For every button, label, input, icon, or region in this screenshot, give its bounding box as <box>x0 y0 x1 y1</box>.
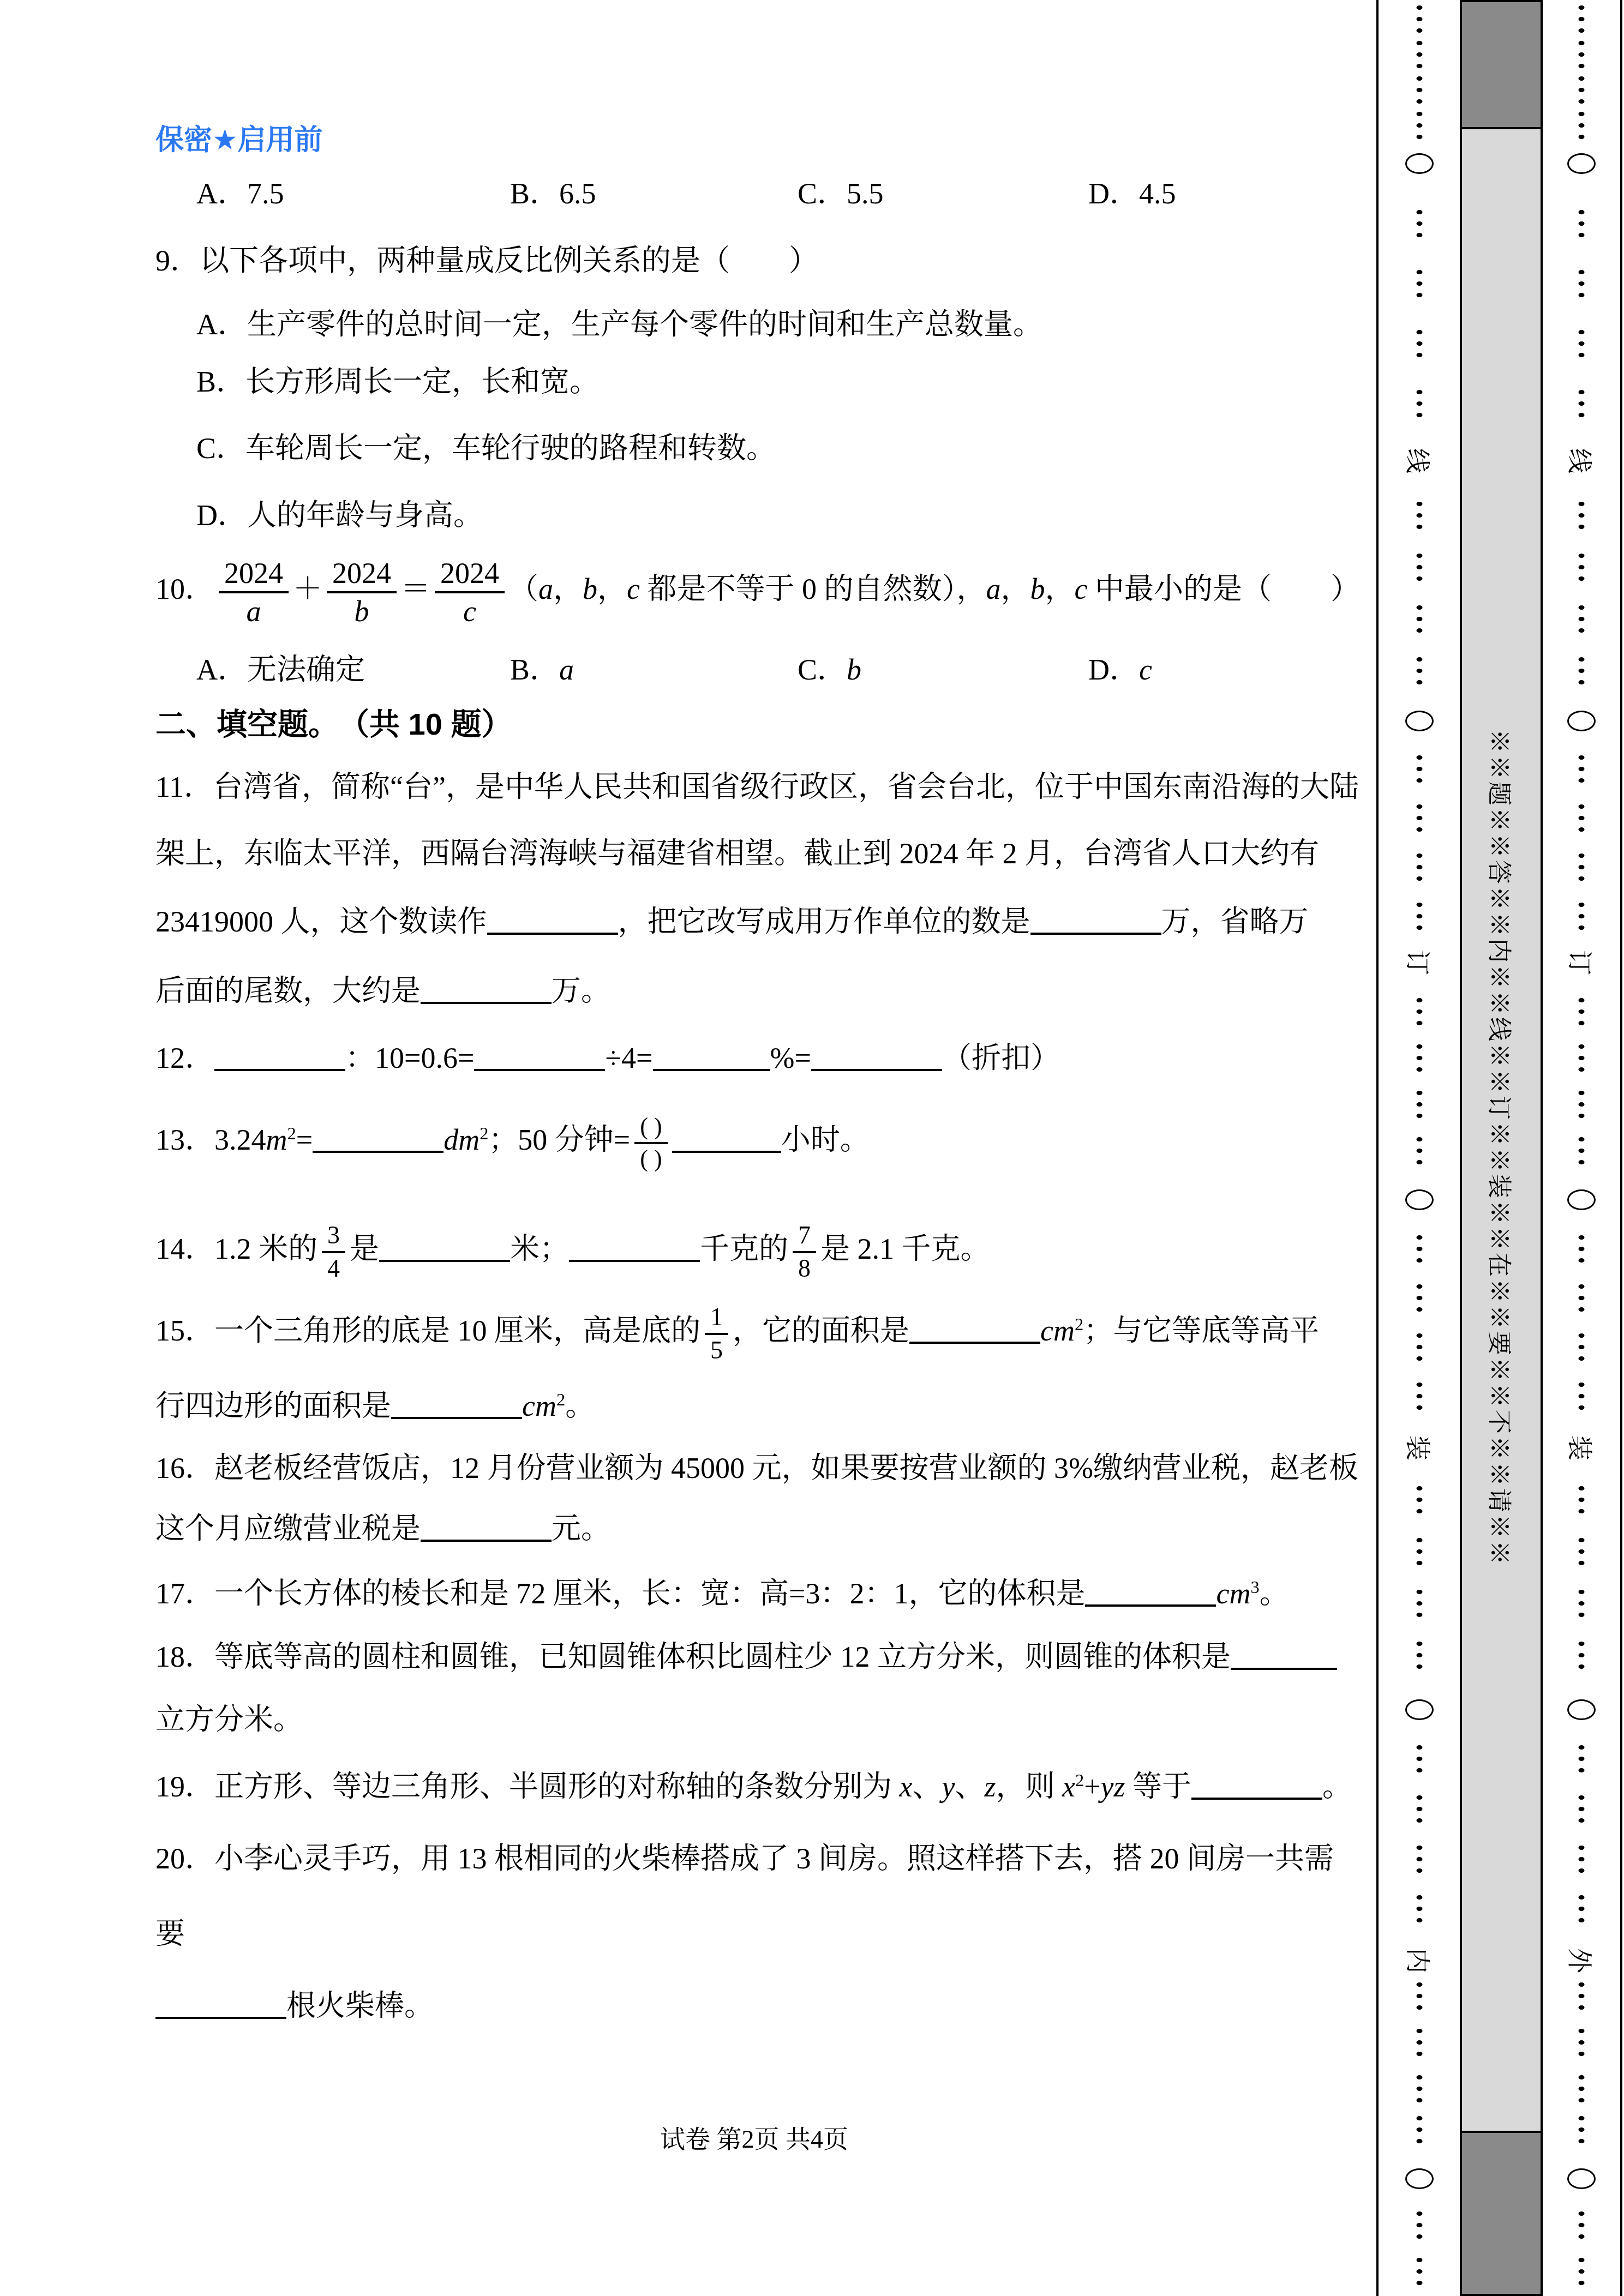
dotted-line-segment <box>1416 76 1422 104</box>
choice-9-c: C．车轮周长一定，车轮行驶的路程和转数。 <box>196 426 776 470</box>
punch-hole-circle <box>1405 1189 1434 1210</box>
dotted-line-segment <box>1416 1590 1422 1617</box>
question-16-line2: 这个月应缴营业税是元。 <box>155 1507 610 1550</box>
dotted-line-segment <box>1416 605 1422 633</box>
answer-blank <box>155 2017 286 2019</box>
binding-strip: ※※题※※答※※内※※线※※订※※装※※在※※要※※不※※请※※ <box>1460 0 1543 2296</box>
answer-blank <box>1231 1668 1337 1670</box>
dotted-line-segment <box>1416 2211 1422 2239</box>
dotted-line-segment <box>1579 76 1585 104</box>
choice-8-c: C．5.5 <box>798 172 884 215</box>
question-12: 12．：10=0.6=÷4=%=（折扣） <box>155 1036 1060 1080</box>
dotted-line-segment <box>1416 1091 1422 1118</box>
dotted-line-segment <box>1416 755 1422 783</box>
dotted-line-segment <box>1579 390 1585 417</box>
dotted-line-segment <box>1416 1044 1422 1072</box>
dotted-line-segment <box>1579 1538 1585 1565</box>
answer-blank <box>811 1069 942 1071</box>
dotted-line-segment <box>1579 998 1585 1025</box>
dotted-line-segment <box>1416 998 1422 1025</box>
dotted-line-segment <box>1579 1284 1585 1312</box>
fraction: ( )( ) <box>634 1112 667 1174</box>
answer-blank <box>653 1069 770 1071</box>
dotted-line-segment <box>1416 1333 1422 1361</box>
dotted-line-segment <box>1579 112 1585 139</box>
section-2-title: 二、填空题。 （共 10 题） <box>155 702 512 746</box>
dotted-line-segment <box>1579 2211 1585 2239</box>
question-18-line2: 立方分米。 <box>155 1698 303 1741</box>
dotted-line-segment <box>1416 554 1422 581</box>
dotted-line-segment <box>1416 390 1422 417</box>
dotted-line-segment <box>1579 1745 1585 1772</box>
punch-hole-circle <box>1567 1189 1596 1210</box>
question-20-line1: 20．小李心灵手巧，用 13 根相同的火柴棒搭成了 3 间房。照这样搭下去，搭 … <box>155 1837 1334 1880</box>
binding-label: 装 <box>1563 1435 1599 1460</box>
secrecy-notice: 保密★启用前 <box>155 121 323 159</box>
question-20-line3: 根火柴棒。 <box>155 1984 434 2028</box>
choice-9-b: B．长方形周长一定，长和宽。 <box>196 360 599 404</box>
dotted-line-segment <box>1579 1091 1585 1118</box>
question-11-line4: 后面的尾数，大约是万。 <box>155 969 610 1013</box>
dotted-line-segment <box>1579 657 1585 684</box>
dotted-line-segment <box>1579 2075 1585 2102</box>
dotted-line-segment <box>1416 2258 1422 2285</box>
answer-blank <box>909 1342 1040 1344</box>
choice-10-d: D．c <box>1088 648 1152 692</box>
punch-hole-circle <box>1405 711 1434 731</box>
dotted-line-segment <box>1416 1745 1422 1772</box>
exam-paper-page: 保密★启用前 A．7.5B．6.5C．5.5D．4.59．以下各项中，两种量成反… <box>0 0 1624 2296</box>
choice-8-d: D．4.5 <box>1088 172 1176 215</box>
dotted-line-segment <box>1579 1137 1585 1164</box>
dotted-line-segment <box>1579 804 1585 832</box>
binding-strip-warning-text: ※※题※※答※※内※※线※※订※※装※※在※※要※※不※※请※※ <box>1484 729 1519 1567</box>
answer-blank <box>474 1069 605 1071</box>
dotted-line-segment <box>1579 1982 1585 2010</box>
question-15-line1: 15．一个三角形的底是 10 厘米，高是底的15，它的面积是cm2；与它等底等高… <box>155 1268 1319 1393</box>
dotted-line-segment <box>1416 1538 1422 1565</box>
binding-label: 线 <box>1401 448 1437 473</box>
binding-strip-dark-top <box>1460 0 1543 129</box>
binding-column-right: 线订装外 <box>1541 0 1622 2296</box>
dotted-line-segment <box>1416 854 1422 881</box>
fraction: 2024b <box>327 555 397 629</box>
dotted-line-segment <box>1579 1642 1585 1669</box>
dotted-line-segment <box>1416 903 1422 930</box>
dotted-line-segment <box>1579 1235 1585 1263</box>
fraction: 15 <box>705 1302 728 1366</box>
question-11-line2: 架上，东临太平洋，西隔台湾海峡与福建省相望。截止到 2024 年 2 月，台湾省… <box>155 832 1319 875</box>
choice-8-b: B．6.5 <box>510 172 596 215</box>
dotted-line-segment <box>1416 330 1422 357</box>
dotted-line-segment <box>1416 1284 1422 1312</box>
dotted-line-segment <box>1579 605 1585 633</box>
question-11-line3: 23419000 人，这个数读作，把它改写成用万作单位的数是万，省略万 <box>155 900 1309 943</box>
question-19: 19．正方形、等边三角形、半圆形的对称轴的条数分别为 x、y、z，则 x2+yz… <box>155 1765 1352 1808</box>
punch-hole-circle <box>1405 2168 1434 2189</box>
dotted-line-segment <box>1416 804 1422 832</box>
dotted-line-segment <box>1416 1383 1422 1410</box>
dotted-line-segment <box>1579 1333 1585 1361</box>
dotted-line-segment <box>1579 854 1585 881</box>
dotted-line-segment <box>1579 1895 1585 1922</box>
dotted-line-segment <box>1579 1044 1585 1072</box>
binding-label: 订 <box>1563 950 1599 975</box>
punch-hole-circle <box>1405 153 1434 174</box>
punch-hole-circle <box>1405 1699 1434 1720</box>
answer-blank <box>569 1260 700 1262</box>
dotted-line-segment <box>1579 554 1585 581</box>
binding-label: 内 <box>1401 1948 1437 1973</box>
dotted-line-segment <box>1416 5 1422 33</box>
dotted-line-segment <box>1579 2258 1585 2285</box>
question-11-line1: 11．台湾省，简称“台”，是中华人民共和国省级行政区，省会台北，位于中国东南沿海… <box>155 765 1359 809</box>
answer-blank <box>421 1002 552 1004</box>
fraction: 2024a <box>219 555 289 629</box>
punch-hole-circle <box>1567 711 1596 731</box>
question-10: 10．2024a＋2024b＝2024c（a，b，c 都是不等于 0 的自然数）… <box>155 529 1360 649</box>
binding-strip-dark-bottom <box>1460 2131 1543 2296</box>
question-20-line2: 要 <box>155 1912 185 1956</box>
question-16-line1: 16．赵老板经营饭店，12 月份营业额为 45000 元，如果要按营业额的 3%… <box>155 1446 1358 1490</box>
choice-10-b: B．a <box>510 648 574 692</box>
choice-8-a: A．7.5 <box>196 172 284 215</box>
dotted-line-segment <box>1579 903 1585 930</box>
dotted-line-segment <box>1416 1895 1422 1922</box>
answer-blank <box>672 1151 781 1153</box>
binding-label: 线 <box>1563 448 1599 473</box>
answer-blank <box>214 1069 345 1071</box>
dotted-line-segment <box>1579 5 1585 33</box>
choice-9-a: A．生产零件的总时间一定，生产每个零件的时间和生产总数量。 <box>196 303 1042 346</box>
question-15-line2: 行四边形的面积是cm2。 <box>155 1384 595 1428</box>
answer-blank <box>487 933 618 935</box>
dotted-line-segment <box>1416 112 1422 139</box>
dotted-line-segment <box>1416 502 1422 529</box>
answer-blank <box>379 1260 510 1262</box>
question-13: 13．3.24m2=dm2；50 分钟=( )( )小时。 <box>155 1077 870 1203</box>
dotted-line-segment <box>1579 330 1585 357</box>
page-footer: 试卷 第2页 共4页 <box>660 2120 848 2159</box>
binding-column-left: 线订装内 <box>1376 0 1462 2296</box>
answer-blank <box>1191 1798 1322 1800</box>
dotted-line-segment <box>1579 1486 1585 1513</box>
choice-10-c: C．b <box>798 648 861 692</box>
dotted-line-segment <box>1416 210 1422 237</box>
question-9: 9．以下各项中，两种量成反比例关系的是（ ） <box>155 239 818 283</box>
dotted-line-segment <box>1416 41 1422 68</box>
answer-blank <box>391 1417 522 1419</box>
dotted-line-segment <box>1579 1795 1585 1823</box>
binding-label: 订 <box>1401 950 1437 975</box>
binding-label: 外 <box>1563 1948 1599 1973</box>
dotted-line-segment <box>1416 1486 1422 1513</box>
dotted-line-segment <box>1416 270 1422 297</box>
answer-blank <box>1085 1604 1216 1607</box>
dotted-line-segment <box>1579 502 1585 529</box>
dotted-line-segment <box>1416 1846 1422 1873</box>
answer-blank <box>313 1151 444 1153</box>
answer-blank <box>421 1540 552 1542</box>
dotted-line-segment <box>1416 2116 1422 2143</box>
dotted-line-segment <box>1579 2116 1585 2143</box>
punch-hole-circle <box>1567 2168 1596 2189</box>
dotted-line-segment <box>1579 270 1585 297</box>
dotted-line-segment <box>1579 1590 1585 1617</box>
dotted-line-segment <box>1579 1383 1585 1410</box>
dotted-line-segment <box>1579 755 1585 783</box>
answer-blank <box>1030 933 1161 935</box>
fraction: 2024c <box>435 555 505 629</box>
dotted-line-segment <box>1579 210 1585 237</box>
question-18-line1: 18．等底等高的圆柱和圆锥，已知圆锥体积比圆柱少 12 立方分米，则圆锥的体积是 <box>155 1635 1337 1679</box>
dotted-line-segment <box>1416 1235 1422 1263</box>
dotted-line-segment <box>1416 1795 1422 1823</box>
dotted-line-segment <box>1416 657 1422 684</box>
choice-10-a: A．无法确定 <box>196 648 365 692</box>
dotted-line-segment <box>1579 2029 1585 2056</box>
dotted-line-segment <box>1416 1642 1422 1669</box>
punch-hole-circle <box>1567 153 1596 174</box>
punch-hole-circle <box>1567 1699 1596 1720</box>
dotted-line-segment <box>1416 2075 1422 2102</box>
dotted-line-segment <box>1579 1846 1585 1873</box>
dotted-line-segment <box>1416 1982 1422 2010</box>
binding-label: 装 <box>1401 1435 1437 1460</box>
dotted-line-segment <box>1416 1137 1422 1164</box>
dotted-line-segment <box>1416 2029 1422 2056</box>
question-17: 17．一个长方体的棱长和是 72 厘米，长：宽：高=3：2：1，它的体积是cm3… <box>155 1572 1289 1615</box>
dotted-line-segment <box>1579 41 1585 68</box>
